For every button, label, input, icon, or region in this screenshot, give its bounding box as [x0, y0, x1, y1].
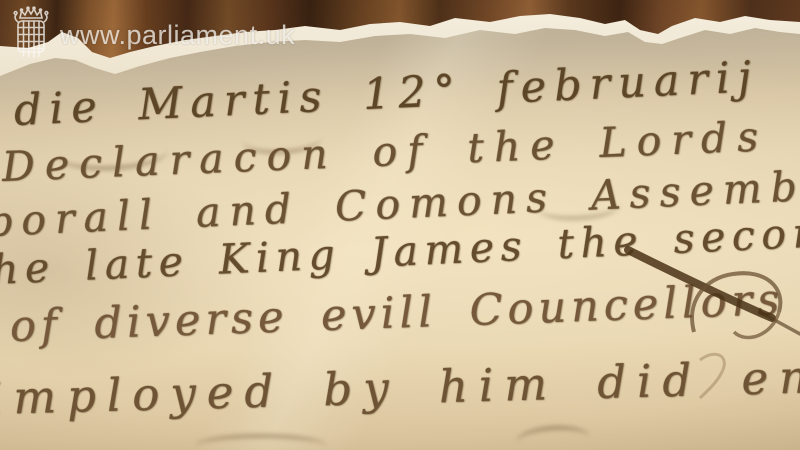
manuscript-line: imployed by him did endea	[0, 347, 800, 425]
video-frame: die Martis 12° februarij Declaracon of t…	[0, 0, 800, 450]
manuscript-text-layer: die Martis 12° februarij Declaracon of t…	[0, 0, 800, 450]
portcullis-crown-icon	[12, 6, 50, 60]
watermark-url: www.parliament.uk	[60, 20, 295, 51]
ink-smudge	[515, 423, 591, 450]
watermark: www.parliament.uk	[12, 6, 295, 60]
ink-smudge	[196, 434, 326, 450]
